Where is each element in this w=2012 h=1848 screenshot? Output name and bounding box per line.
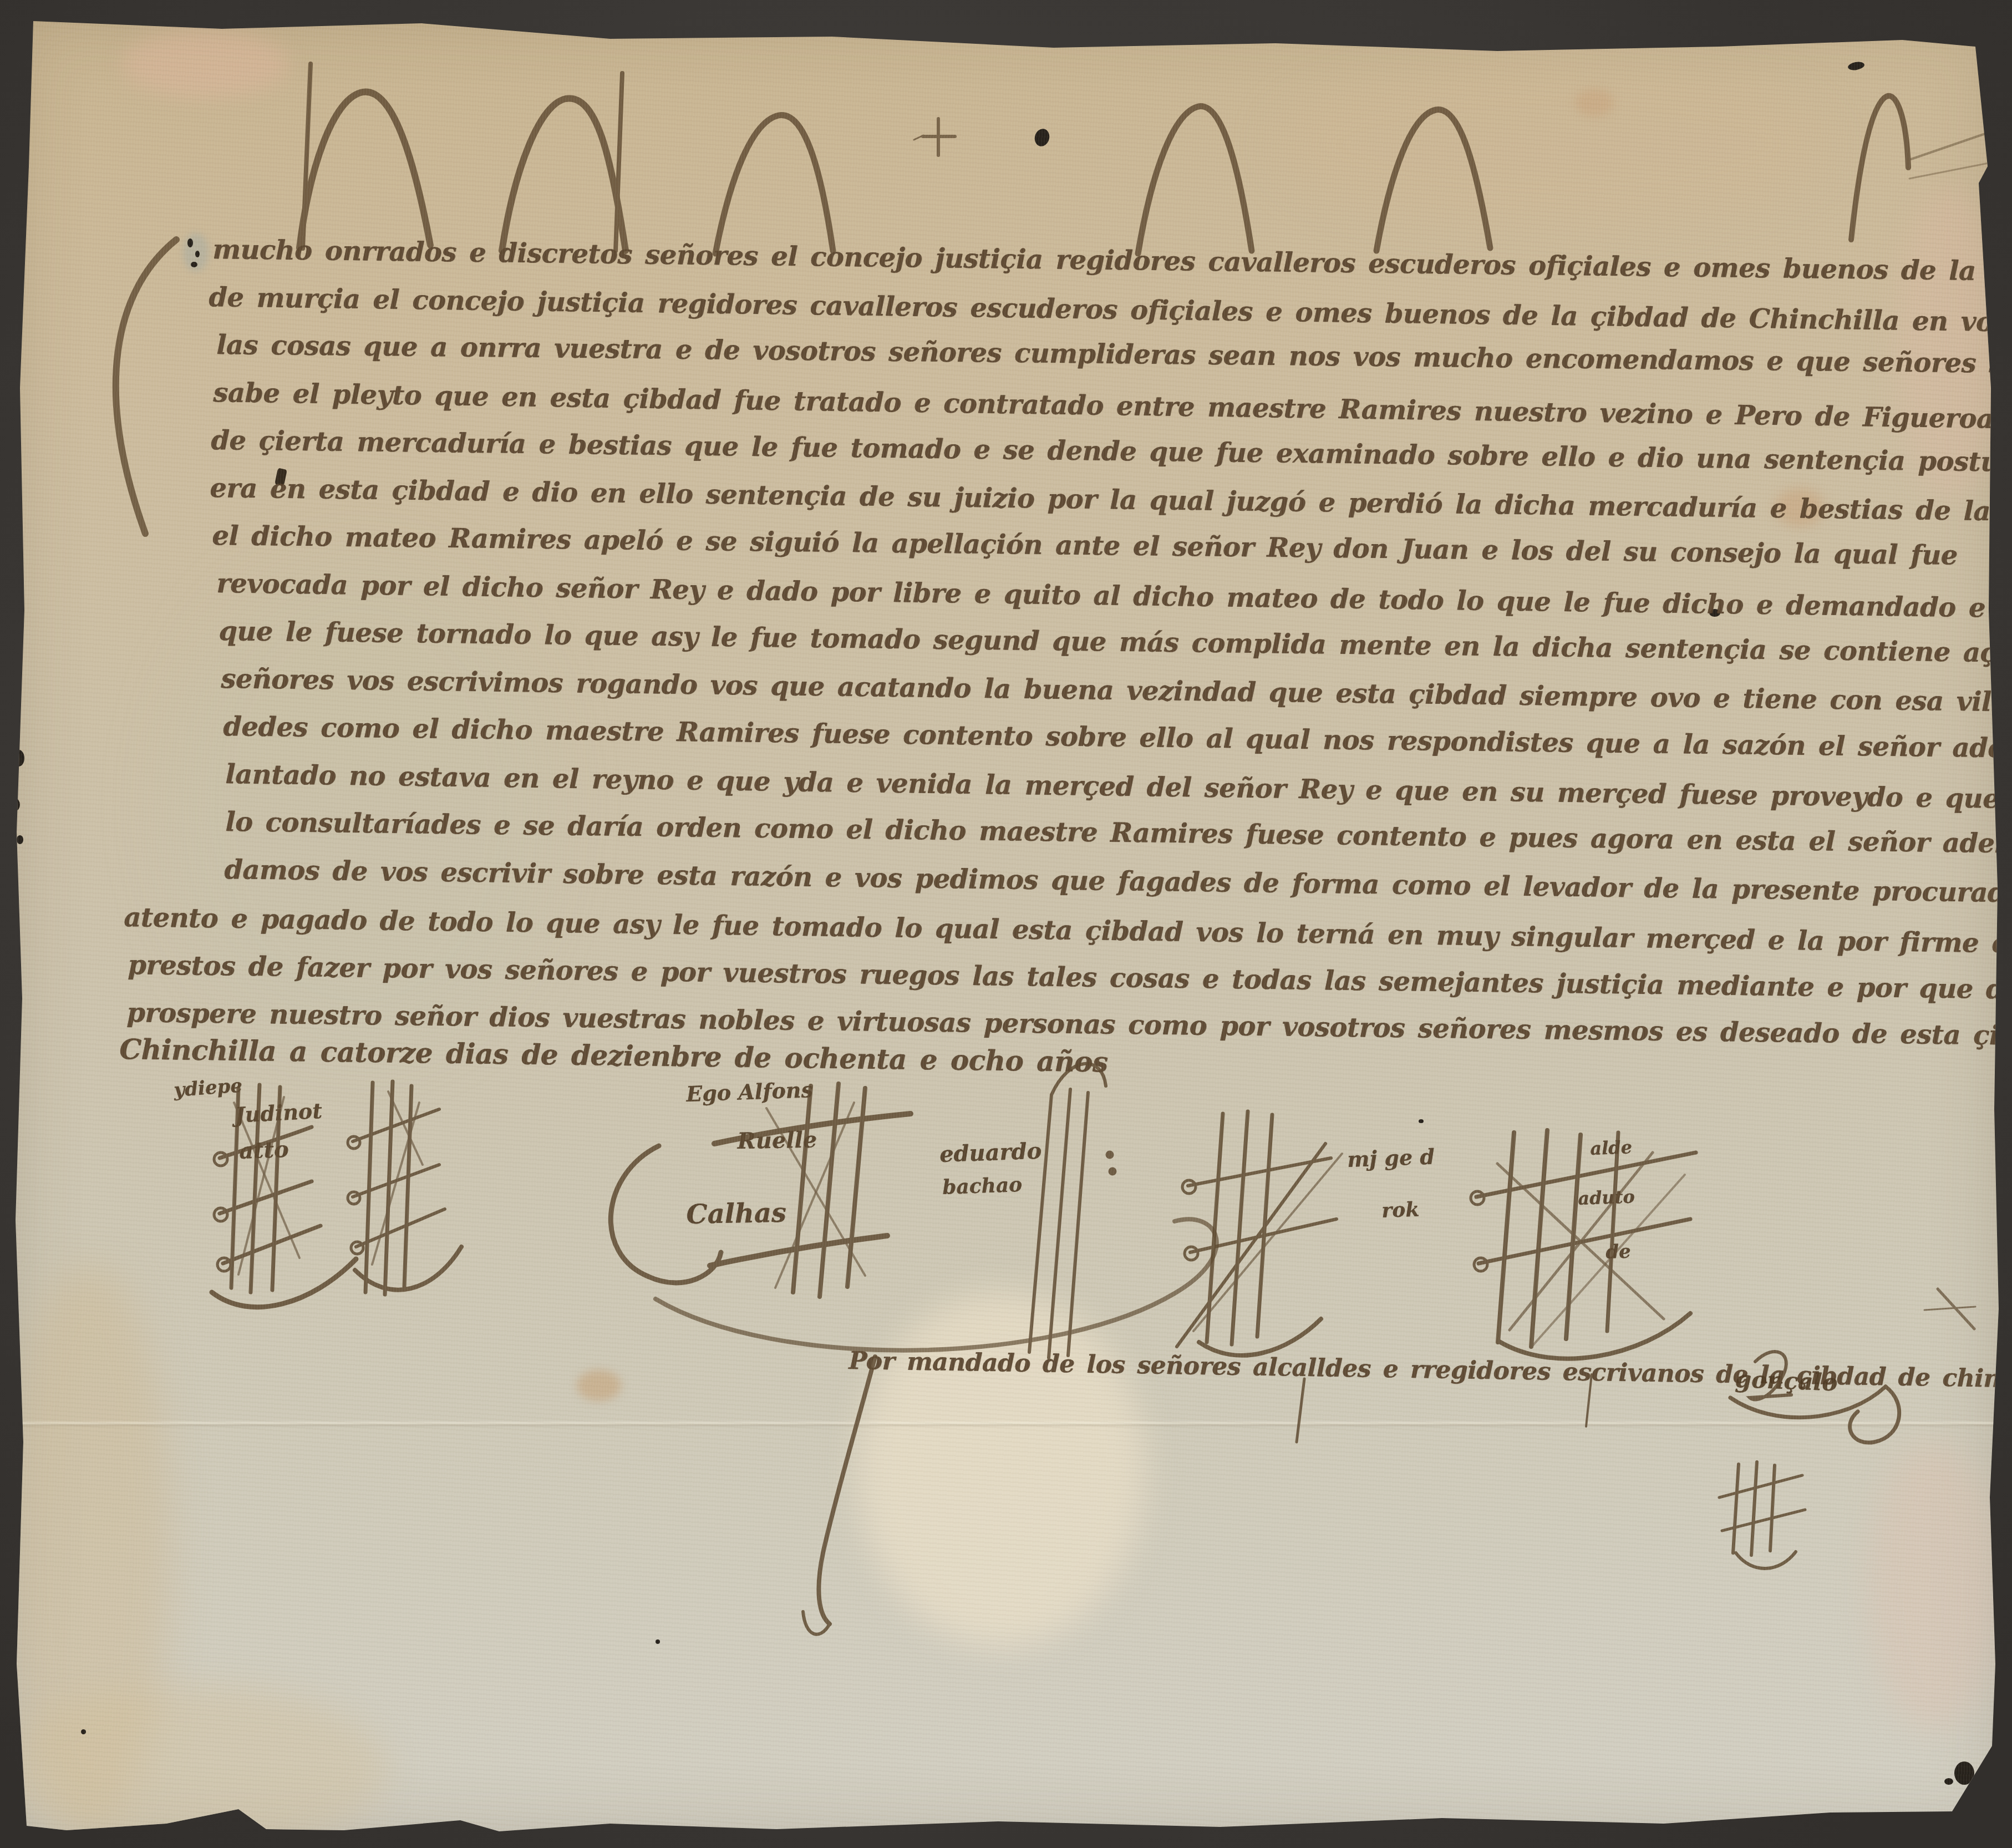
top-ascender-flourishes bbox=[299, 64, 1996, 253]
signature-text: de bbox=[1605, 1240, 1632, 1263]
stain-tan-bottom-left bbox=[0, 1686, 388, 1848]
manuscript-line: el dicho mateo Ramires apeló e se siguió… bbox=[212, 520, 1958, 571]
ink-blot bbox=[187, 238, 193, 247]
horizontal-fold-crease bbox=[17, 1421, 1996, 1426]
ink-blot-bottom-right bbox=[1954, 1761, 1974, 1785]
manuscript-line: era en esta çibdad e dio en ello sentenç… bbox=[210, 473, 2012, 528]
signature-text: mj ge d bbox=[1347, 1144, 1435, 1172]
ink-speck bbox=[656, 1639, 660, 1644]
signature-text: rok bbox=[1381, 1198, 1420, 1222]
stain-pink-top-left bbox=[122, 31, 288, 97]
stain-warm-top-band bbox=[1276, 61, 1830, 227]
manuscript-dateline: Chinchilla a catorze dias de dezienbre d… bbox=[119, 1033, 1108, 1078]
invocation-cross-icon bbox=[914, 119, 955, 155]
ink-blot-left-edge bbox=[11, 799, 20, 811]
ink-blot-left-edge bbox=[13, 750, 24, 766]
manuscript-line: revocada por el dicho señor Rey e dado p… bbox=[216, 568, 2012, 626]
rubric-signature-second bbox=[348, 1082, 461, 1294]
manuscript-line: atento e pagado de todo lo que asy le fu… bbox=[124, 902, 2012, 961]
manuscript-line: que le fuese tornado lo que asy le fue t… bbox=[219, 616, 2012, 671]
manuscript-line: las cosas que a onrra vuestra e de vosot… bbox=[216, 329, 2012, 382]
manuscript-line: lantado no estava en el reyno e que yda … bbox=[225, 759, 2012, 816]
signature-text: ydiepe bbox=[173, 1074, 243, 1101]
signature-text: bachao bbox=[942, 1173, 1023, 1199]
ink-speck bbox=[81, 1729, 86, 1734]
stain-tan-left-strip bbox=[6, 1265, 172, 1830]
ink-blot-left-edge bbox=[17, 835, 23, 844]
signature-text: Judinot bbox=[235, 1098, 323, 1128]
rubric-signature-middle bbox=[1177, 1111, 1342, 1355]
signature-text: alde bbox=[1590, 1136, 1633, 1159]
ink-blot bbox=[195, 251, 200, 257]
ink-blot bbox=[1033, 127, 1051, 148]
manuscript-line: de çierta mercaduría e bestias que le fu… bbox=[211, 425, 2012, 480]
ink-blot bbox=[1847, 61, 1865, 72]
signature-text: Calhas bbox=[686, 1197, 787, 1230]
stain-fox-spot-center bbox=[577, 1370, 621, 1401]
manuscript-line: dedes como el dicho maestre Ramires fues… bbox=[223, 711, 2012, 764]
rubric-signature-right bbox=[1471, 1130, 1696, 1359]
manuscript-line: lo consultaríades e se daría orden como … bbox=[225, 806, 2012, 861]
ink-blot bbox=[191, 262, 197, 267]
signature-text: atto bbox=[238, 1136, 289, 1164]
stain-fox-spot-top bbox=[1575, 89, 1614, 116]
goncalo-signature-flourish bbox=[1719, 1387, 1899, 1568]
ink-speck bbox=[1419, 1119, 1424, 1123]
manuscript-paper-sheet: mucho onrrados e discretos señores el co… bbox=[0, 0, 2012, 1848]
manuscript-line: prestos de fazer por vos señores e por v… bbox=[128, 950, 2012, 1006]
stain-light-patch-bottom-center bbox=[857, 1292, 1145, 1647]
signature-text: eduardo bbox=[939, 1138, 1042, 1167]
signature-text: Ruelle bbox=[737, 1127, 817, 1154]
stain-pink-right-lower bbox=[1869, 1442, 1996, 1730]
signature-name-goncalo: gonçalo bbox=[1735, 1365, 1838, 1396]
left-margin-paraph bbox=[116, 240, 176, 534]
signature-text: Ego Alfons bbox=[685, 1077, 813, 1106]
manuscript-line: señores vos escrivimos rogando vos que a… bbox=[221, 663, 2012, 719]
attestation-paraph-flourish bbox=[803, 1352, 1791, 1634]
margin-x-mark-icon bbox=[1924, 1289, 1975, 1329]
ink-blot-bottom-right bbox=[1944, 1778, 1953, 1785]
signature-text: aduto bbox=[1578, 1186, 1635, 1209]
manuscript-line: damos de vos escrivir sobre esta razón e… bbox=[224, 854, 2012, 913]
manuscript-line: mucho onrrados e discretos señores el co… bbox=[212, 234, 2012, 290]
